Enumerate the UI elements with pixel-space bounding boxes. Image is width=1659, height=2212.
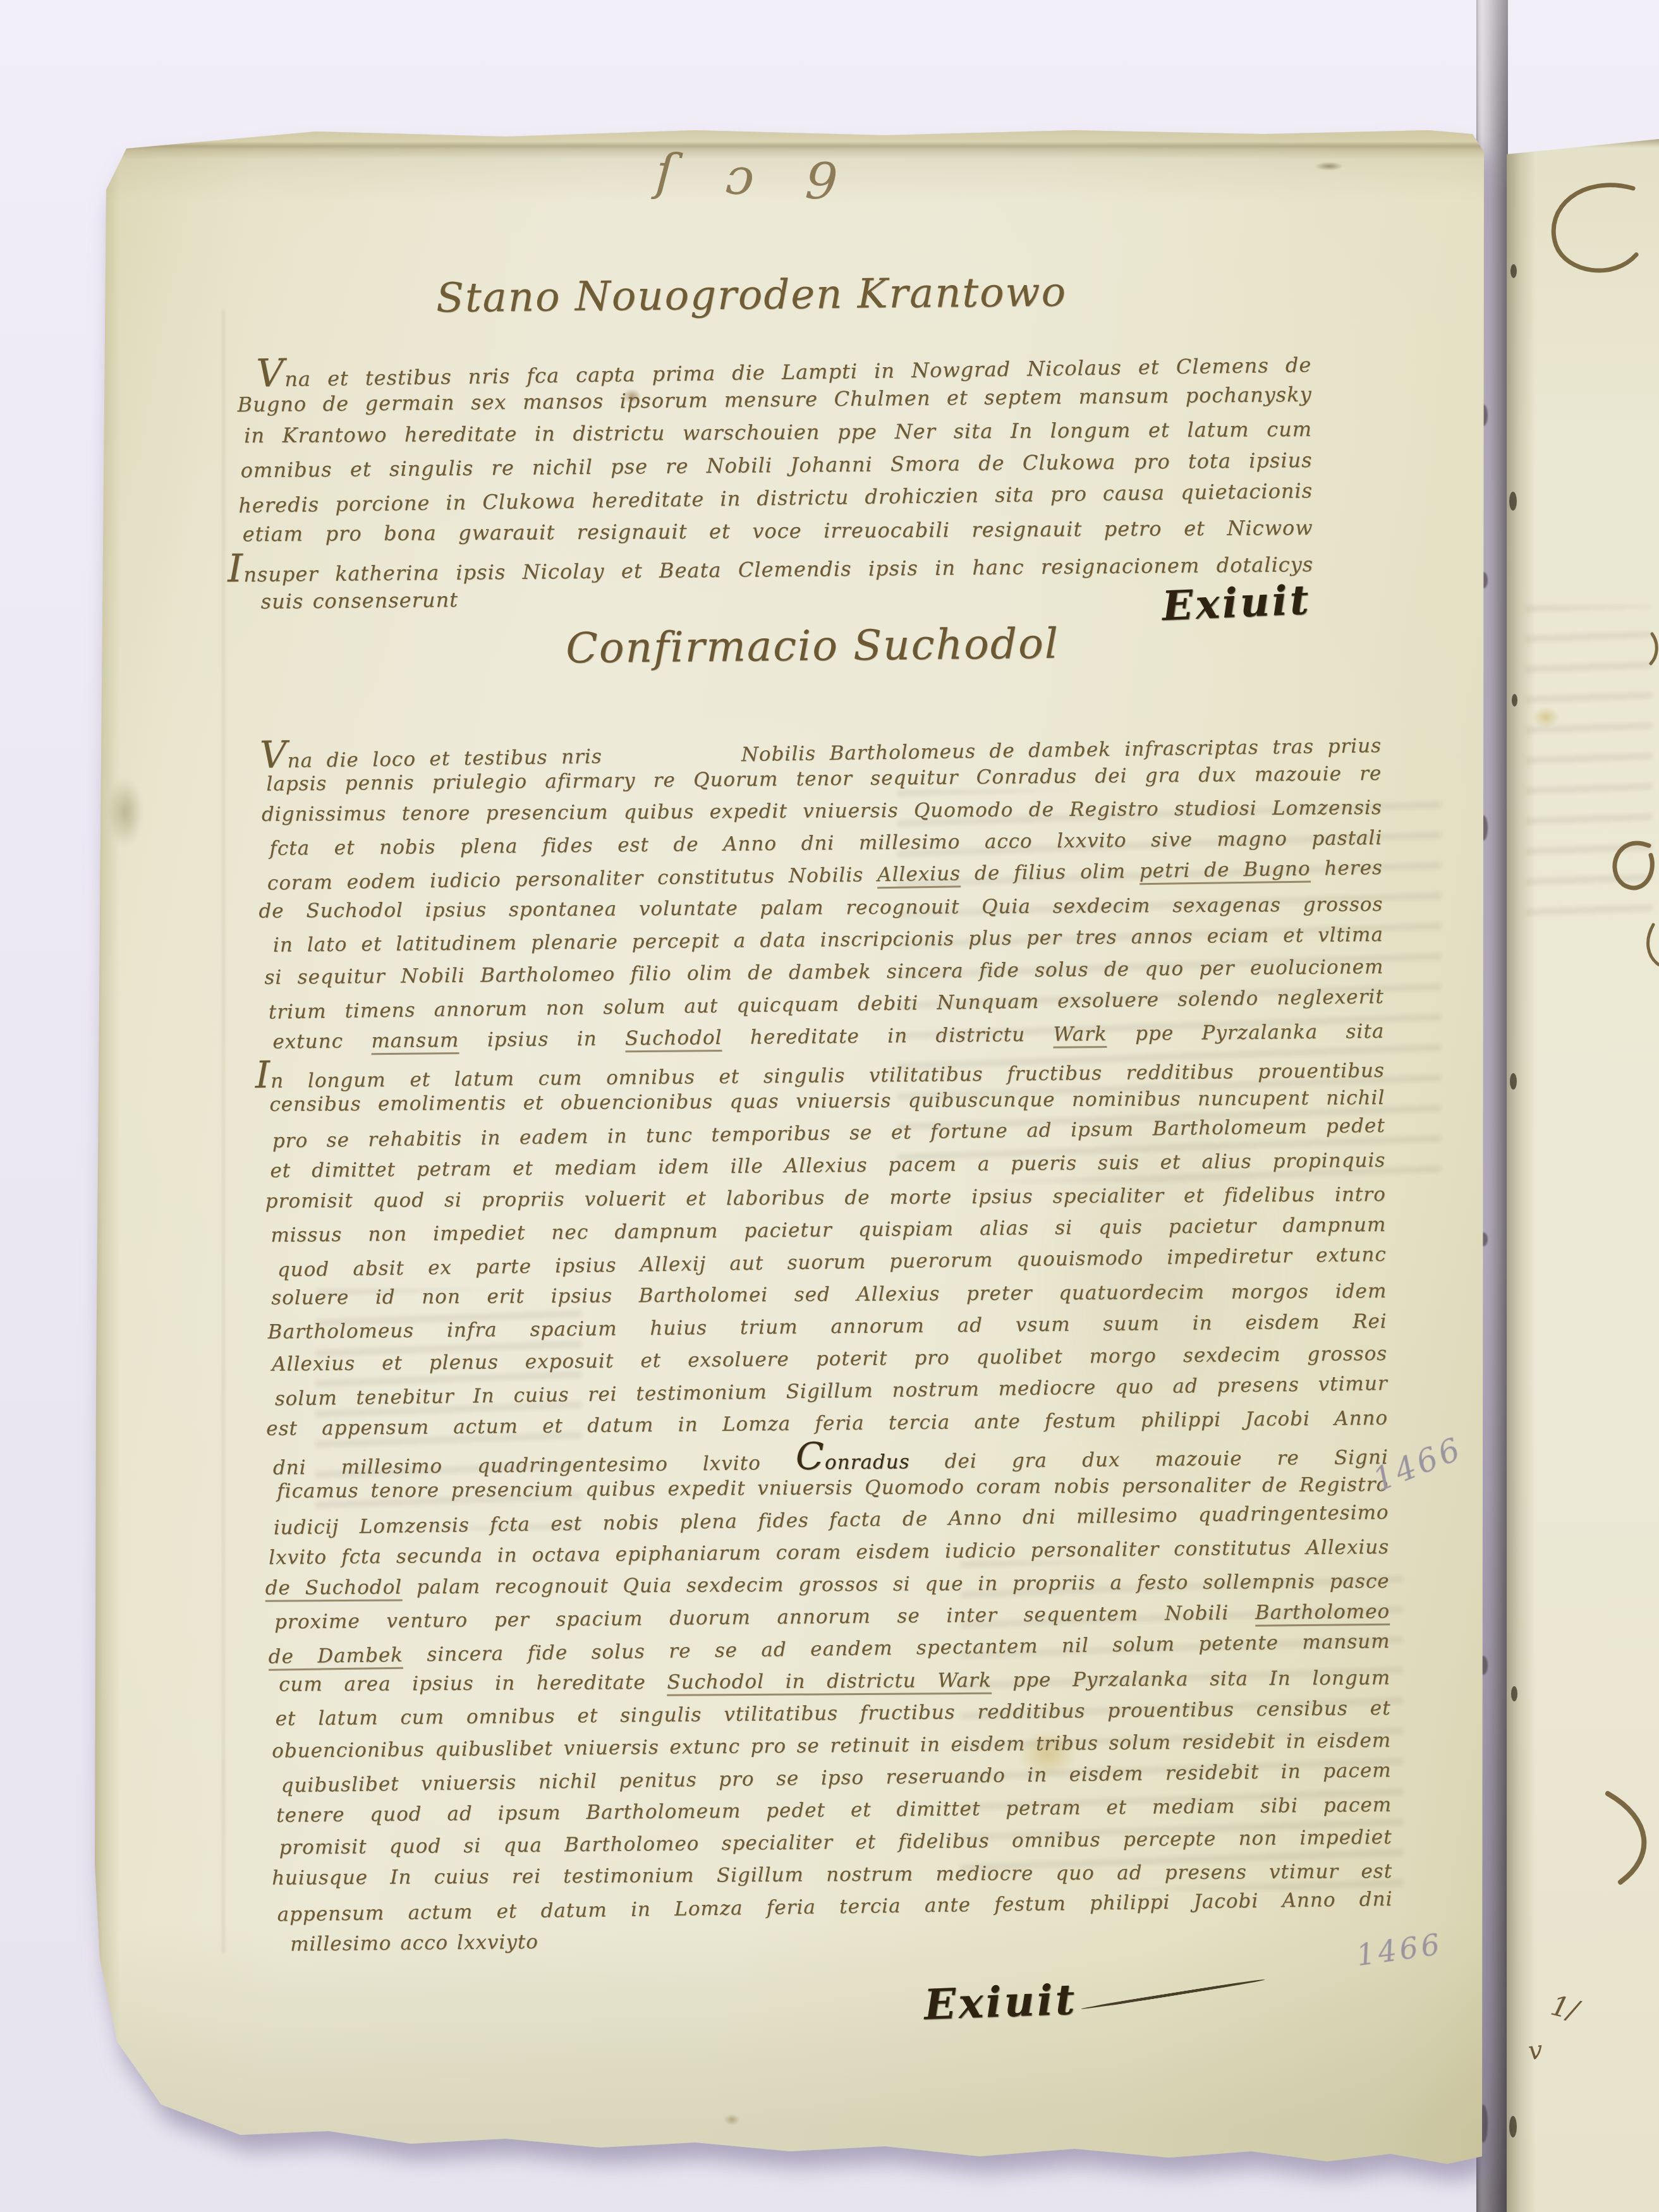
- exiuit-note-lower: Exiuit: [923, 1974, 1078, 2029]
- line-text: ficamus tenore presencium quibus expedit…: [277, 1473, 1389, 1503]
- line-text: et dimittet petram et mediam idem ille A…: [270, 1149, 1385, 1182]
- underlined-word: petri de Bugno: [1139, 858, 1311, 885]
- line-text: in Krantowo hereditate in districtu wars…: [244, 417, 1312, 447]
- line-text: lxvito fcta secunda in octava epiphaniar…: [269, 1536, 1389, 1569]
- line-text: in lato et latitudinem plenarie percepit…: [273, 923, 1383, 957]
- manuscript-scan: 1/ v ſ ɔ 9 Stano Nouogroden Krantowo Vna…: [0, 0, 1659, 2212]
- entry-heading-confirmacio-suchodol: Confirmacio Suchodol: [566, 619, 1059, 672]
- line-text: I: [228, 547, 244, 591]
- line-text: ppe Pyrzalanka sita In longum: [992, 1667, 1391, 1692]
- line-text: hereditate in districtu: [722, 1023, 1053, 1049]
- line-text: coram eodem iudicio personaliter constit…: [267, 863, 878, 894]
- line-text: lapsis pennis priulegio afirmary re Quor…: [266, 762, 1382, 796]
- underlined-word: Suchodol in districtu Wark: [667, 1669, 991, 1696]
- line-text: Bartholomeus infra spacium huius trium a…: [268, 1310, 1387, 1344]
- underlined-word: Suchodol: [625, 1026, 722, 1052]
- line-text: suis consenserunt: [260, 588, 458, 614]
- line-text: extunc: [272, 1030, 371, 1053]
- line-text: de filius olim: [961, 860, 1139, 885]
- underlined-word: Allexius: [877, 862, 961, 889]
- line-text: ipsius in: [459, 1027, 625, 1052]
- line-text: et latum cum omnibus et singulis vtilita…: [275, 1697, 1390, 1730]
- pen-trials-mark: ſ ɔ 9: [654, 142, 857, 213]
- line-text: tenere quod ad ipsum Bartholomeum pedet …: [276, 1794, 1392, 1827]
- line-text: Bugno de germain sex mansos ipsorum mens…: [237, 382, 1311, 416]
- line-text: dignissimus tenore presencium quibus exp…: [262, 796, 1382, 826]
- entry-text-krantowo: Vna et testibus nris fca capta prima die…: [237, 345, 1314, 618]
- line-text: censibus emolimentis et obuencionibus qu…: [269, 1086, 1385, 1116]
- underlined-word: de Dambek: [268, 1644, 403, 1671]
- line-text: millesimo acco lxxviyto: [290, 1931, 538, 1956]
- line-text: promisit quod si propriis voluerit et la…: [265, 1183, 1386, 1213]
- line-text: soluere id non erit ipsius Bartholomei s…: [271, 1280, 1387, 1310]
- underlined-word: Wark: [1053, 1023, 1107, 1048]
- line-text: proxime venturo per spacium duorum annor…: [274, 1601, 1255, 1634]
- underlined-word: de Suchodol: [265, 1576, 403, 1601]
- line-text: de Suchodol ipsius spontanea voluntate p…: [258, 893, 1383, 923]
- exiuit-note-upper: Exiuit: [1161, 576, 1312, 630]
- line-text: cum area ipsius in hereditate: [279, 1671, 667, 1696]
- entry-heading-krantowo: Stano Nouogroden Krantowo: [436, 269, 1067, 322]
- underlined-word: mansum: [371, 1029, 459, 1055]
- line-text: est appensum actum et datum in Lomza fer…: [266, 1407, 1388, 1440]
- line-text: I: [255, 1053, 271, 1097]
- line-text: onradus: [825, 1450, 910, 1474]
- line-text: promisit quod si qua Bartholomeo special…: [279, 1826, 1392, 1859]
- ink-layer: ſ ɔ 9 Stano Nouogroden Krantowo Vna et t…: [83, 108, 1498, 2169]
- underlined-word: Bartholomeo: [1255, 1600, 1390, 1627]
- line-text: heres: [1310, 856, 1383, 880]
- line-text: etiam pro bona gwarauit resignauit et vo…: [243, 516, 1313, 546]
- manuscript-page: ſ ɔ 9 Stano Nouogroden Krantowo Vna et t…: [88, 120, 1484, 2168]
- page-shadow: ſ ɔ 9 Stano Nouogroden Krantowo Vna et t…: [0, 0, 1659, 2212]
- line-text: palam recognouit Quia sexdecim grossos s…: [402, 1570, 1390, 1599]
- line-text: ppe Pyrzalanka sita: [1107, 1020, 1385, 1045]
- entry-text-confirmacio: Vna die loco et testibus nrisNobilis Bar…: [266, 726, 1394, 1961]
- blank-space: [602, 760, 741, 763]
